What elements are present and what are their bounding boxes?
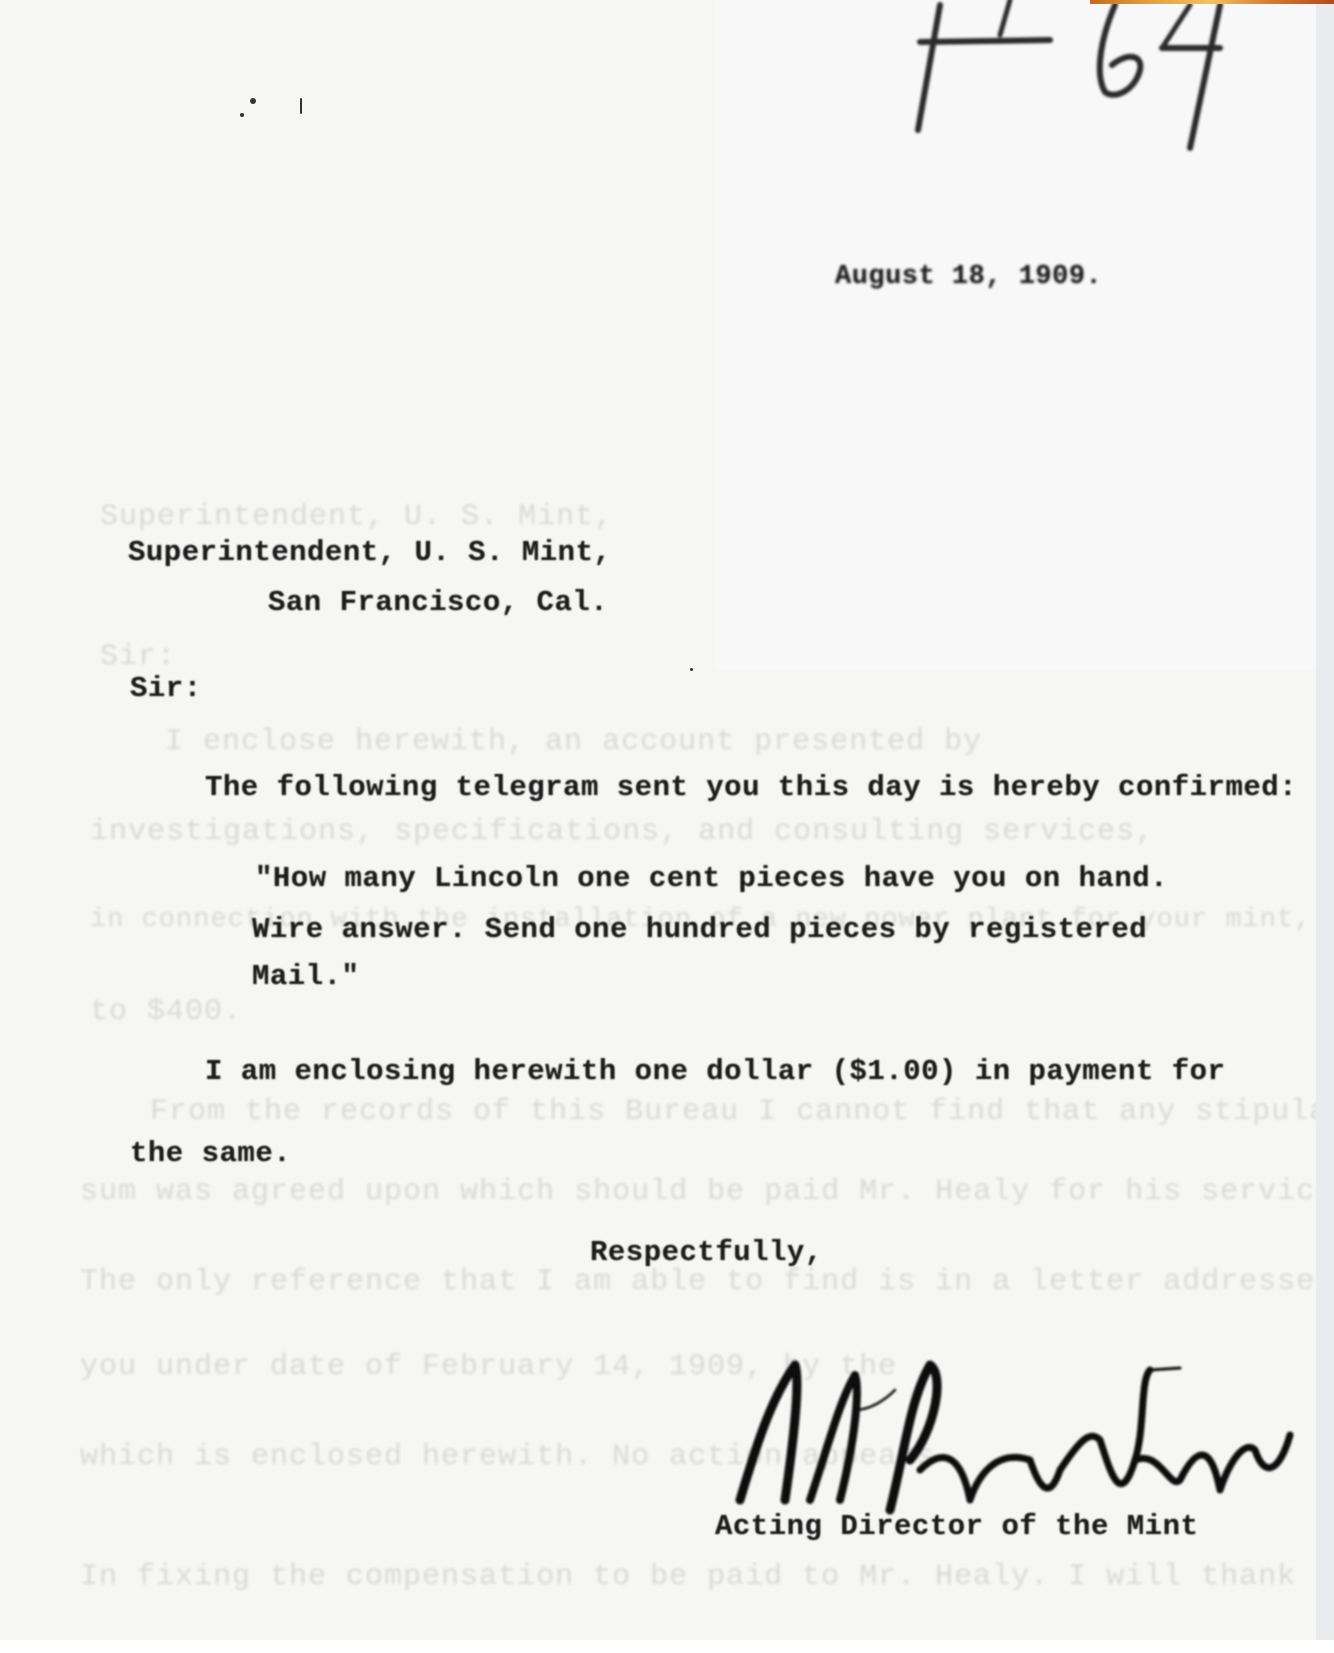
ink-speck: [690, 668, 693, 671]
closing: Respectfully,: [590, 1236, 823, 1269]
recipient-line-1: Superintendent, U. S. Mint,: [128, 536, 611, 569]
bleed-through-line: From the records of this Bureau I cannot…: [150, 1095, 1322, 1129]
body-intro: The following telegram sent you this day…: [205, 771, 1297, 804]
telegram-line: "How many Lincoln one cent pieces have y…: [255, 862, 1168, 895]
bleed-through-line: I enclose herewith, an account presented…: [165, 725, 982, 759]
handwritten-file-number: [900, 0, 1220, 160]
bleed-through-line: sum was agreed upon which should be paid…: [80, 1175, 1322, 1209]
salutation: Sir:: [130, 672, 202, 705]
recipient-line-2: San Francisco, Cal.: [268, 586, 608, 619]
bleed-through-line: In fixing the compensation to be paid to…: [80, 1560, 1296, 1594]
ink-speck: [240, 113, 244, 117]
letter-page: Superintendent, U. S. Mint, Sir: I enclo…: [0, 0, 1322, 1640]
page-right-edge: [1316, 0, 1334, 1653]
ink-speck: [250, 98, 256, 104]
bleed-through-line: The only reference that I am able to fin…: [80, 1265, 1322, 1299]
ink-speck: [300, 98, 302, 114]
enclosure-line-2: the same.: [130, 1137, 291, 1170]
telegram-line: Mail.": [252, 960, 359, 993]
bleed-through-line: Sir:: [100, 640, 176, 674]
telegram-line: Wire answer. Send one hundred pieces by …: [252, 913, 1147, 946]
top-color-edge: [1090, 0, 1334, 4]
bleed-through-line: Superintendent, U. S. Mint,: [100, 500, 613, 534]
enclosure-line-1: I am enclosing herewith one dollar ($1.0…: [205, 1055, 1225, 1088]
bleed-through-line: to $400.: [90, 995, 242, 1029]
letter-date: August 18, 1909.: [835, 262, 1102, 292]
page-bottom-edge: [0, 1640, 1334, 1653]
bleed-through-line: investigations, specifications, and cons…: [90, 815, 1154, 849]
signatory-title: Acting Director of the Mint: [715, 1510, 1198, 1543]
